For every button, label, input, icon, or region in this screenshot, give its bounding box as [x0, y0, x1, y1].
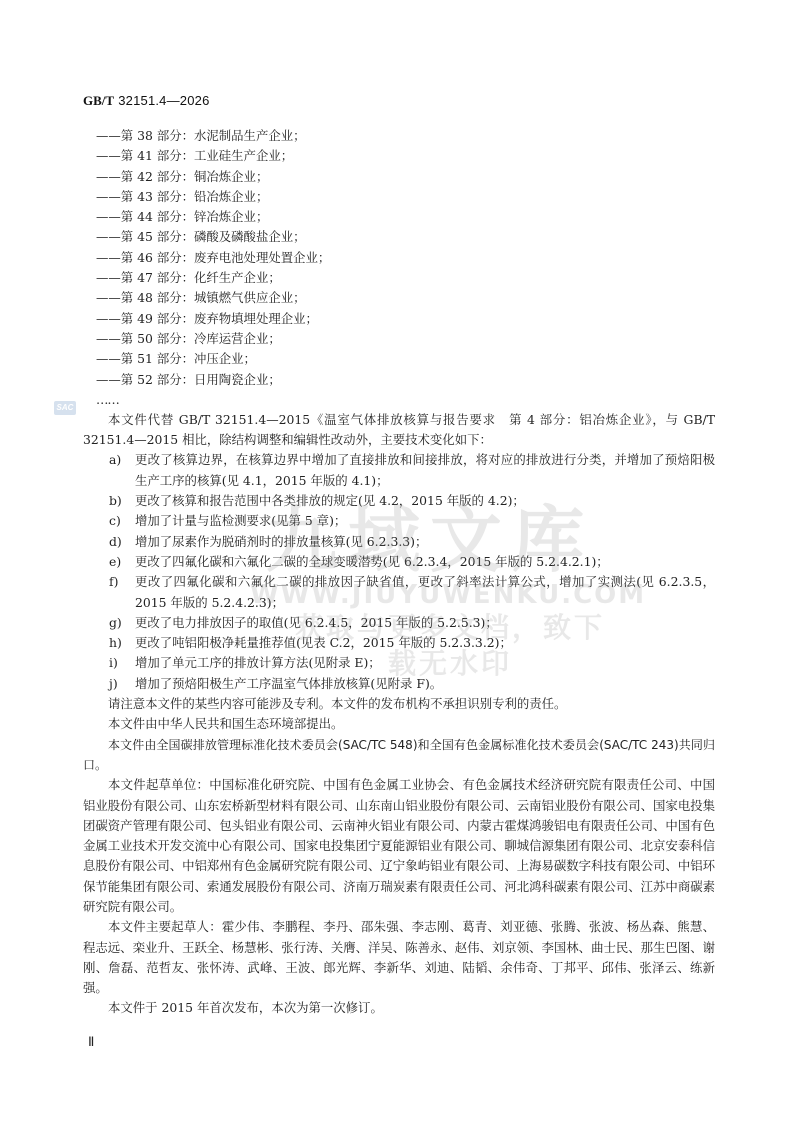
- change-text: 增加了尿素作为脱硝剂时的排放量核算(见 6.2.3.3)；: [135, 534, 427, 549]
- change-item: b)更改了核算和报告范围中各类排放的规定(见 4.2，2015 年版的 4.2)…: [83, 491, 715, 511]
- part-item: ——第 43 部分：铅冶炼企业；: [96, 187, 715, 207]
- change-item: g)更改了电力排放因子的取值(见 6.2.4.5，2015 年版的 5.2.5.…: [83, 613, 715, 633]
- part-item: ——第 42 部分：铜冶炼企业；: [96, 167, 715, 187]
- document-header: GB/T 32151.4—2026: [83, 93, 210, 109]
- change-label: a): [109, 450, 121, 470]
- part-item: ——第 45 部分：磷酸及磷酸盐企业；: [96, 227, 715, 247]
- change-item: c)增加了计量与监检测要求(见第 5 章)；: [83, 511, 715, 531]
- parts-list: ——第 38 部分：水泥制品生产企业； ——第 41 部分：工业硅生产企业； —…: [83, 126, 715, 390]
- part-item: ——第 50 部分：冷库运营企业；: [96, 329, 715, 349]
- centralized-by: 本文件由全国碳排放管理标准化技术委员会(SAC/TC 548)和全国有色金属标准…: [83, 735, 715, 776]
- part-item: ——第 41 部分：工业硅生产企业；: [96, 146, 715, 166]
- change-label: d): [109, 532, 122, 552]
- change-label: g): [109, 613, 122, 633]
- change-label: b): [109, 491, 122, 511]
- part-item: ——第 48 部分：城镇燃气供应企业；: [96, 288, 715, 308]
- change-item: d)增加了尿素作为脱硝剂时的排放量核算(见 6.2.3.3)；: [83, 532, 715, 552]
- change-text: 增加了单元工序的排放计算方法(见附录 E)；: [135, 655, 381, 670]
- change-label: j): [109, 674, 118, 694]
- foreword-body: ——第 38 部分：水泥制品生产企业； ——第 41 部分：工业硅生产企业； —…: [83, 126, 715, 1019]
- main-drafters: 本文件主要起草人：霍少伟、李鹏程、李丹、邵朱强、李志刚、葛青、刘亚德、张腾、张波…: [83, 917, 715, 998]
- part-item: ——第 49 部分：废弃物填埋处理企业；: [96, 309, 715, 329]
- change-text: 更改了四氟化碳和六氟化二碳的全球变暖潜势(见 6.2.3.4，2015 年版的 …: [135, 554, 609, 569]
- change-label: h): [109, 633, 122, 653]
- change-item: a)更改了核算边界，在核算边界中增加了直接排放和间接排放，将对应的排放进行分类，…: [83, 450, 715, 491]
- list-ellipsis: ……: [83, 390, 715, 410]
- part-item: ——第 52 部分：日用陶瓷企业；: [96, 370, 715, 390]
- publication-history: 本文件于 2015 年首次发布，本次为第一次修订。: [83, 998, 715, 1018]
- change-text: 更改了电力排放因子的取值(见 6.2.4.5，2015 年版的 5.2.5.3)…: [135, 615, 498, 630]
- change-item: i)增加了单元工序的排放计算方法(见附录 E)；: [83, 653, 715, 673]
- change-text: 更改了核算边界，在核算边界中增加了直接排放和间接排放，将对应的排放进行分类，并增…: [135, 452, 715, 487]
- change-label: i): [109, 653, 118, 673]
- part-item: ——第 38 部分：水泥制品生产企业；: [96, 126, 715, 146]
- standard-number: 32151.4—2026: [118, 93, 209, 108]
- proposed-by: 本文件由中华人民共和国生态环境部提出。: [83, 714, 715, 734]
- change-item: f)更改了四氟化碳和六氟化二碳的排放因子缺省值，更改了斜率法计算公式，增加了实测…: [83, 572, 715, 613]
- part-item: ——第 46 部分：废弃电池处理处置企业；: [96, 248, 715, 268]
- change-label: f): [109, 572, 118, 592]
- change-item: h)更改了吨铝阳极净耗量推荐值(见表 C.2，2015 年版的 5.2.3.3.…: [83, 633, 715, 653]
- technical-changes-list: a)更改了核算边界，在核算边界中增加了直接排放和间接排放，将对应的排放进行分类，…: [83, 450, 715, 694]
- change-text: 增加了计量与监检测要求(见第 5 章)；: [135, 513, 346, 528]
- change-item: j)增加了预焙阳极生产工序温室气体排放核算(见附录 F)。: [83, 674, 715, 694]
- part-item: ——第 47 部分：化纤生产企业；: [96, 268, 715, 288]
- change-item: e)更改了四氟化碳和六氟化二碳的全球变暖潜势(见 6.2.3.4，2015 年版…: [83, 552, 715, 572]
- part-item: ——第 51 部分：冲压企业；: [96, 349, 715, 369]
- sac-logo-icon: SAC: [54, 401, 76, 415]
- page-number: Ⅱ: [88, 1034, 94, 1050]
- change-text: 更改了吨铝阳极净耗量推荐值(见表 C.2，2015 年版的 5.2.3.3.2)…: [135, 635, 512, 650]
- drafting-units: 本文件起草单位：中国标准化研究院、中国有色金属工业协会、有色金属技术经济研究院有…: [83, 775, 715, 917]
- patent-notice: 请注意本文件的某些内容可能涉及专利。本文件的发布机构不承担识别专利的责任。: [83, 694, 715, 714]
- change-text: 增加了预焙阳极生产工序温室气体排放核算(见附录 F)。: [135, 676, 442, 691]
- replacement-paragraph: 本文件代替 GB/T 32151.4—2015《温室气体排放核算与报告要求 第 …: [83, 410, 715, 451]
- part-item: ——第 44 部分：锌冶炼企业；: [96, 207, 715, 227]
- change-text: 更改了四氟化碳和六氟化二碳的排放因子缺省值，更改了斜率法计算公式，增加了实测法(…: [135, 574, 715, 609]
- change-label: e): [109, 552, 121, 572]
- change-label: c): [109, 511, 121, 531]
- standard-prefix: GB/T: [83, 93, 114, 108]
- change-text: 更改了核算和报告范围中各类排放的规定(见 4.2，2015 年版的 4.2)；: [135, 493, 525, 508]
